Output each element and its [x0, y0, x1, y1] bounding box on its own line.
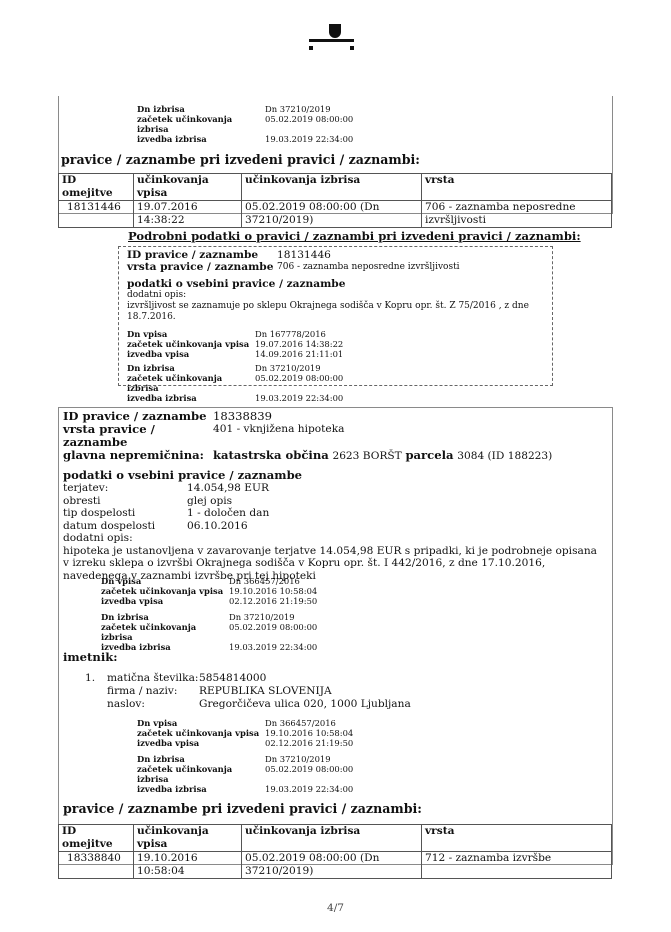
label: naslov: — [107, 698, 199, 711]
value: 706 - zaznamba neposredne izvršljivosti — [277, 261, 544, 273]
table-row: 18338840 19.10.2016 10:58:04 05.02.2019 … — [59, 852, 612, 879]
cell: 18338840 — [59, 852, 134, 879]
cell: 706 - zaznamba neposredne izvršljivosti — [422, 201, 612, 228]
value: 05.02.2019 08:00:00 — [265, 764, 353, 784]
content-title: podatki o vsebini pravice / zaznambe — [127, 278, 544, 290]
value: Dn 167778/2016 — [255, 329, 544, 339]
extra-label: dodatni opis: — [63, 532, 603, 545]
extra-label: dodatni opis: — [127, 290, 544, 301]
label: ID pravice / zaznambe — [127, 249, 277, 261]
label: terjatev: — [63, 482, 187, 495]
value: 19.03.2019 22:34:00 — [255, 393, 544, 403]
label: Dn vpisa — [137, 718, 265, 728]
label: vrsta pravice / zaznambe — [127, 261, 277, 273]
value: Dn 366457/2016 — [265, 718, 353, 728]
label: Dn vpisa — [101, 576, 229, 586]
page-number: 4/7 — [0, 902, 671, 914]
label: izvedba izbrisa — [137, 134, 265, 144]
col-header: učinkovanja izbrisa — [242, 825, 422, 852]
cell: 19.07.2016 14:38:22 — [134, 201, 242, 228]
label: izvedba vpisa — [101, 596, 229, 606]
label: začetek učinkovanja vpisa — [137, 728, 265, 738]
detail-box: ID pravice / zaznambe18131446 vrsta prav… — [118, 246, 553, 386]
prev-izbris-block: Dn izbrisaDn 37210/2019 začetek učinkova… — [137, 104, 353, 144]
label: začetek učinkovanja izbrisa — [101, 622, 229, 642]
label: glavna nepremičnina: — [63, 449, 213, 463]
value: 5854814000 — [199, 672, 411, 685]
col-header: vrsta — [422, 174, 612, 201]
value: 05.02.2019 08:00:00 — [255, 373, 544, 393]
value: Gregorčičeva ulica 020, 1000 Ljubljana — [199, 698, 411, 711]
label: matična številka: — [107, 672, 199, 685]
izbris-block: Dn izbrisaDn 37210/2019 začetek učinkova… — [127, 363, 544, 403]
ko-value: 2623 BORŠT — [332, 450, 401, 462]
label: vrsta pravice / zaznambe — [63, 423, 213, 449]
holder-title: imetnik: — [63, 650, 118, 664]
label: firma / naziv: — [107, 685, 199, 698]
value: 18338839 — [213, 410, 603, 423]
value: 19.03.2019 22:34:00 — [229, 642, 317, 652]
previous-entry-continuation: Dn izbrisaDn 37210/2019 začetek učinkova… — [58, 96, 613, 214]
label: Dn vpisa — [127, 329, 255, 339]
value: Dn 366457/2016 — [229, 576, 317, 586]
related-table: ID omejitve učinkovanja vpisa učinkovanj… — [58, 824, 612, 879]
vpis-block: Dn vpisaDn 366457/2016 začetek učinkovan… — [101, 576, 317, 606]
label: začetek učinkovanja izbrisa — [127, 373, 255, 393]
extra-text: izvršljivost se zaznamuje po sklepu Okra… — [127, 301, 544, 323]
col-header: učinkovanja izbrisa — [242, 174, 422, 201]
ko-label: katastrska občina — [213, 448, 329, 462]
value: Dn 37210/2019 — [255, 363, 544, 373]
label: datum dospelosti — [63, 520, 187, 533]
label: Dn izbrisa — [101, 612, 229, 622]
value: 401 - vknjižena hipoteka — [213, 423, 603, 449]
value: 02.12.2016 21:19:50 — [229, 596, 317, 606]
value: 1 - določen dan — [187, 507, 603, 520]
vpis-block: Dn vpisaDn 167778/2016 začetek učinkovan… — [127, 329, 544, 359]
cell: 05.02.2019 08:00:00 (Dn 37210/2019) — [242, 201, 422, 228]
holder-item: 1. matična številka:5854814000 firma / n… — [85, 672, 411, 711]
value: 05.02.2019 08:00:00 — [265, 114, 353, 134]
col-header: ID omejitve — [59, 174, 134, 201]
value: 02.12.2016 21:19:50 — [265, 738, 353, 748]
value: 05.02.2019 08:00:00 — [229, 622, 317, 642]
label: izvedba izbrisa — [137, 784, 265, 794]
value: 14.054,98 EUR — [187, 482, 603, 495]
value: 19.10.2016 10:58:04 — [229, 586, 317, 596]
value: 19.03.2019 22:34:00 — [265, 784, 353, 794]
label: Dn izbrisa — [137, 104, 265, 114]
value: 06.10.2016 — [187, 520, 603, 533]
cell: 05.02.2019 08:00:00 (Dn 37210/2019) — [242, 852, 422, 879]
related-title: pravice / zaznambe pri izvedeni pravici … — [63, 801, 422, 816]
label: začetek učinkovanja izbrisa — [137, 114, 265, 134]
value: 19.07.2016 14:38:22 — [255, 339, 544, 349]
coat-of-arms-logo-icon — [306, 24, 366, 54]
related-table: ID omejitve učinkovanja vpisa učinkovanj… — [58, 173, 612, 228]
holder-vpis-block: Dn vpisaDn 366457/2016 začetek učinkovan… — [137, 718, 353, 748]
label: obresti — [63, 495, 187, 508]
col-header: učinkovanja vpisa — [134, 825, 242, 852]
table-row: 18131446 19.07.2016 14:38:22 05.02.2019 … — [59, 201, 612, 228]
value: 14.09.2016 21:11:01 — [255, 349, 544, 359]
label: tip dospelosti — [63, 507, 187, 520]
parcel-label: parcela — [405, 448, 453, 462]
value: Dn 37210/2019 — [229, 612, 317, 622]
value: glej opis — [187, 495, 603, 508]
content-fields: terjatev:14.054,98 EUR obrestiglej opis … — [63, 482, 603, 532]
label: izvedba izbrisa — [127, 393, 255, 403]
content-title: podatki o vsebini pravice / zaznambe — [63, 469, 603, 482]
cell: 712 - zaznamba izvršbe — [422, 852, 612, 879]
holder-izbris-block: Dn izbrisaDn 37210/2019 začetek učinkova… — [137, 754, 353, 794]
label: izvedba izbrisa — [101, 642, 229, 652]
col-header: vrsta — [422, 825, 612, 852]
label: začetek učinkovanja vpisa — [101, 586, 229, 596]
col-header: ID omejitve — [59, 825, 134, 852]
label: začetek učinkovanja vpisa — [127, 339, 255, 349]
detail-title: Podrobni podatki o pravici / zaznambi pr… — [128, 229, 581, 243]
cell: 19.10.2016 10:58:04 — [134, 852, 242, 879]
value: Dn 37210/2019 — [265, 754, 353, 764]
label: izvedba vpisa — [127, 349, 255, 359]
izbris-block: Dn izbrisaDn 37210/2019 začetek učinkova… — [101, 612, 317, 652]
parcel-value: 3084 (ID 188223) — [457, 450, 552, 462]
col-header: učinkovanja vpisa — [134, 174, 242, 201]
value: 19.03.2019 22:34:00 — [265, 134, 353, 144]
label: začetek učinkovanja izbrisa — [137, 764, 265, 784]
related-title: pravice / zaznambe pri izvedeni pravici … — [61, 152, 420, 167]
property-value: katastrska občina 2623 BORŠT parcela 308… — [213, 449, 603, 463]
value: Dn 37210/2019 — [265, 104, 353, 114]
value: 19.10.2016 10:58:04 — [265, 728, 353, 738]
label: Dn izbrisa — [127, 363, 255, 373]
label: izvedba vpisa — [137, 738, 265, 748]
value: 18131446 — [277, 249, 544, 261]
value: REPUBLIKA SLOVENIJA — [199, 685, 411, 698]
entry-18338839: ID pravice / zaznambe18338839 vrsta prav… — [58, 407, 613, 865]
holder-index: 1. — [85, 672, 107, 711]
label: Dn izbrisa — [137, 754, 265, 764]
cell: 18131446 — [59, 201, 134, 228]
